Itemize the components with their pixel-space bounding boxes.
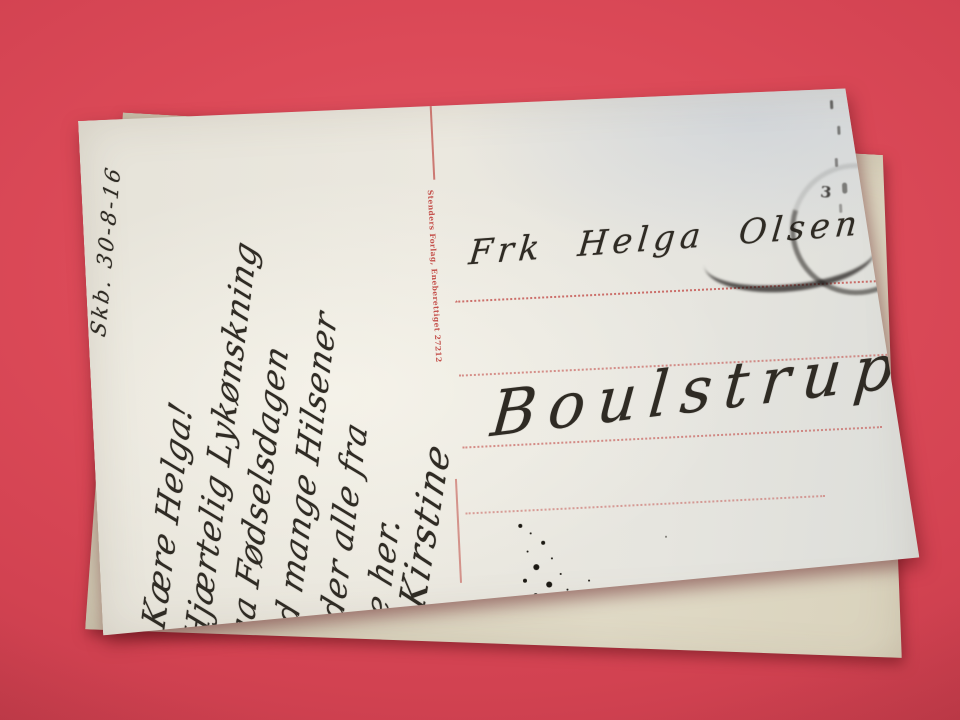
edge-ink-marks: [830, 100, 833, 109]
postmark-ink-smudge: [700, 214, 878, 300]
handwritten-message: Kære Helga! Hjærtelig Lykønskning paa Fø…: [132, 63, 456, 717]
handwritten-signature: Kirstine: [392, 436, 459, 616]
postcard-back: Skb. 30-8-16 Kære Helga! Hjærtelig Lykøn…: [78, 81, 924, 639]
message-line: Hjærtelig Lykønskning: [175, 80, 287, 652]
handwritten-recipient: Frk Helga Olsen: [467, 203, 864, 273]
postmark-digit: 3: [820, 182, 833, 202]
photo-vignette: [0, 0, 960, 720]
handwritten-date: Skb. 30-8-16: [86, 163, 125, 340]
publisher-imprint: Stenders Forlag, Eneberettiget 27212: [426, 190, 450, 490]
address-dotted-line: [462, 426, 882, 449]
message-line: Kære Helga!: [132, 63, 244, 635]
address-dotted-line: [459, 353, 895, 376]
ink-spatter: [518, 524, 522, 528]
message-line: med mange Hilsener: [259, 113, 371, 685]
message-line: paa Fødselsdagen: [217, 96, 329, 668]
divider-line-top: [430, 104, 436, 180]
postmark-ring: [767, 140, 945, 318]
bottom-blank-postcard: [85, 112, 935, 679]
photo-of-postcards: Skb. 30-8-16 Kære Helga! Hjærtelig Lykøn…: [0, 0, 960, 720]
divider-line-bottom: [455, 479, 462, 583]
message-line: til Eder alle fra: [302, 129, 414, 701]
message-line: os alle her.: [344, 145, 456, 717]
address-dotted-line: [466, 495, 826, 515]
address-dotted-line: [455, 279, 891, 302]
handwritten-destination: Boulstrup: [488, 328, 908, 452]
